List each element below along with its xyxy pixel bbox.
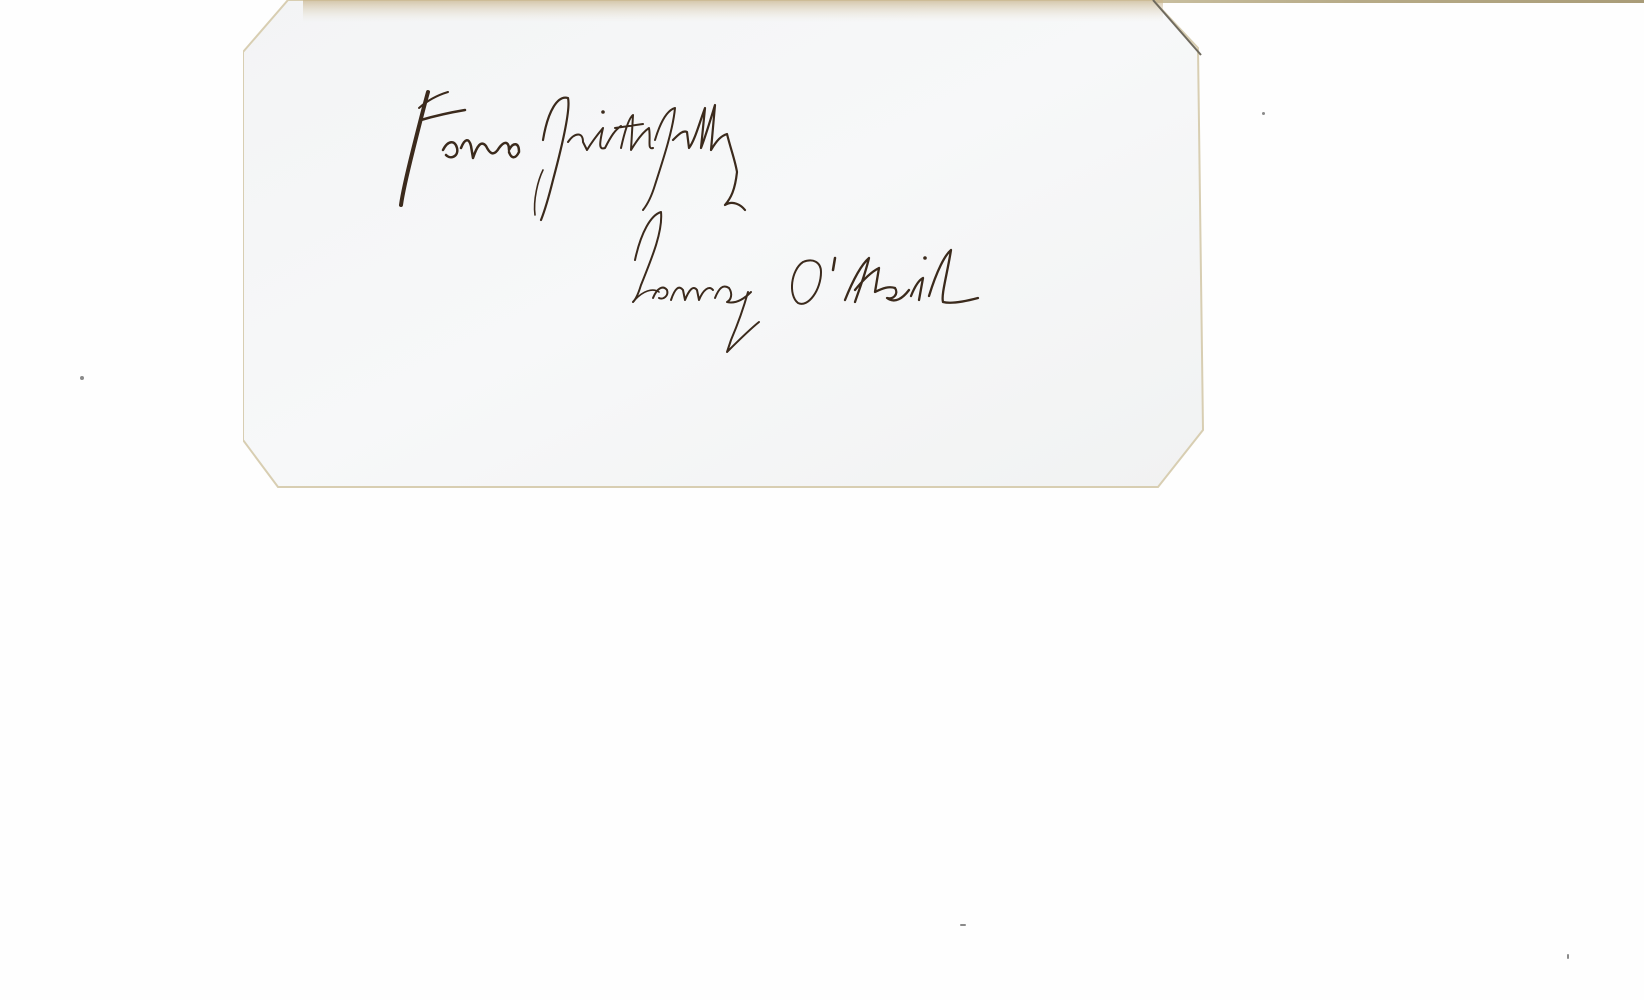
scan-speck (960, 924, 966, 926)
handwritten-signature: Henry O'Neil (243, 0, 244, 1)
autograph-card: Yours faithfully Henry O'Neil (243, 0, 1205, 492)
mount-edge-strip (1150, 0, 1644, 3)
scan-speck (1567, 954, 1569, 959)
card-drawing (243, 0, 1205, 492)
scan-speck (80, 376, 84, 380)
scan-speck (1262, 112, 1265, 115)
scanned-page: Yours faithfully Henry O'Neil (0, 0, 1644, 1000)
